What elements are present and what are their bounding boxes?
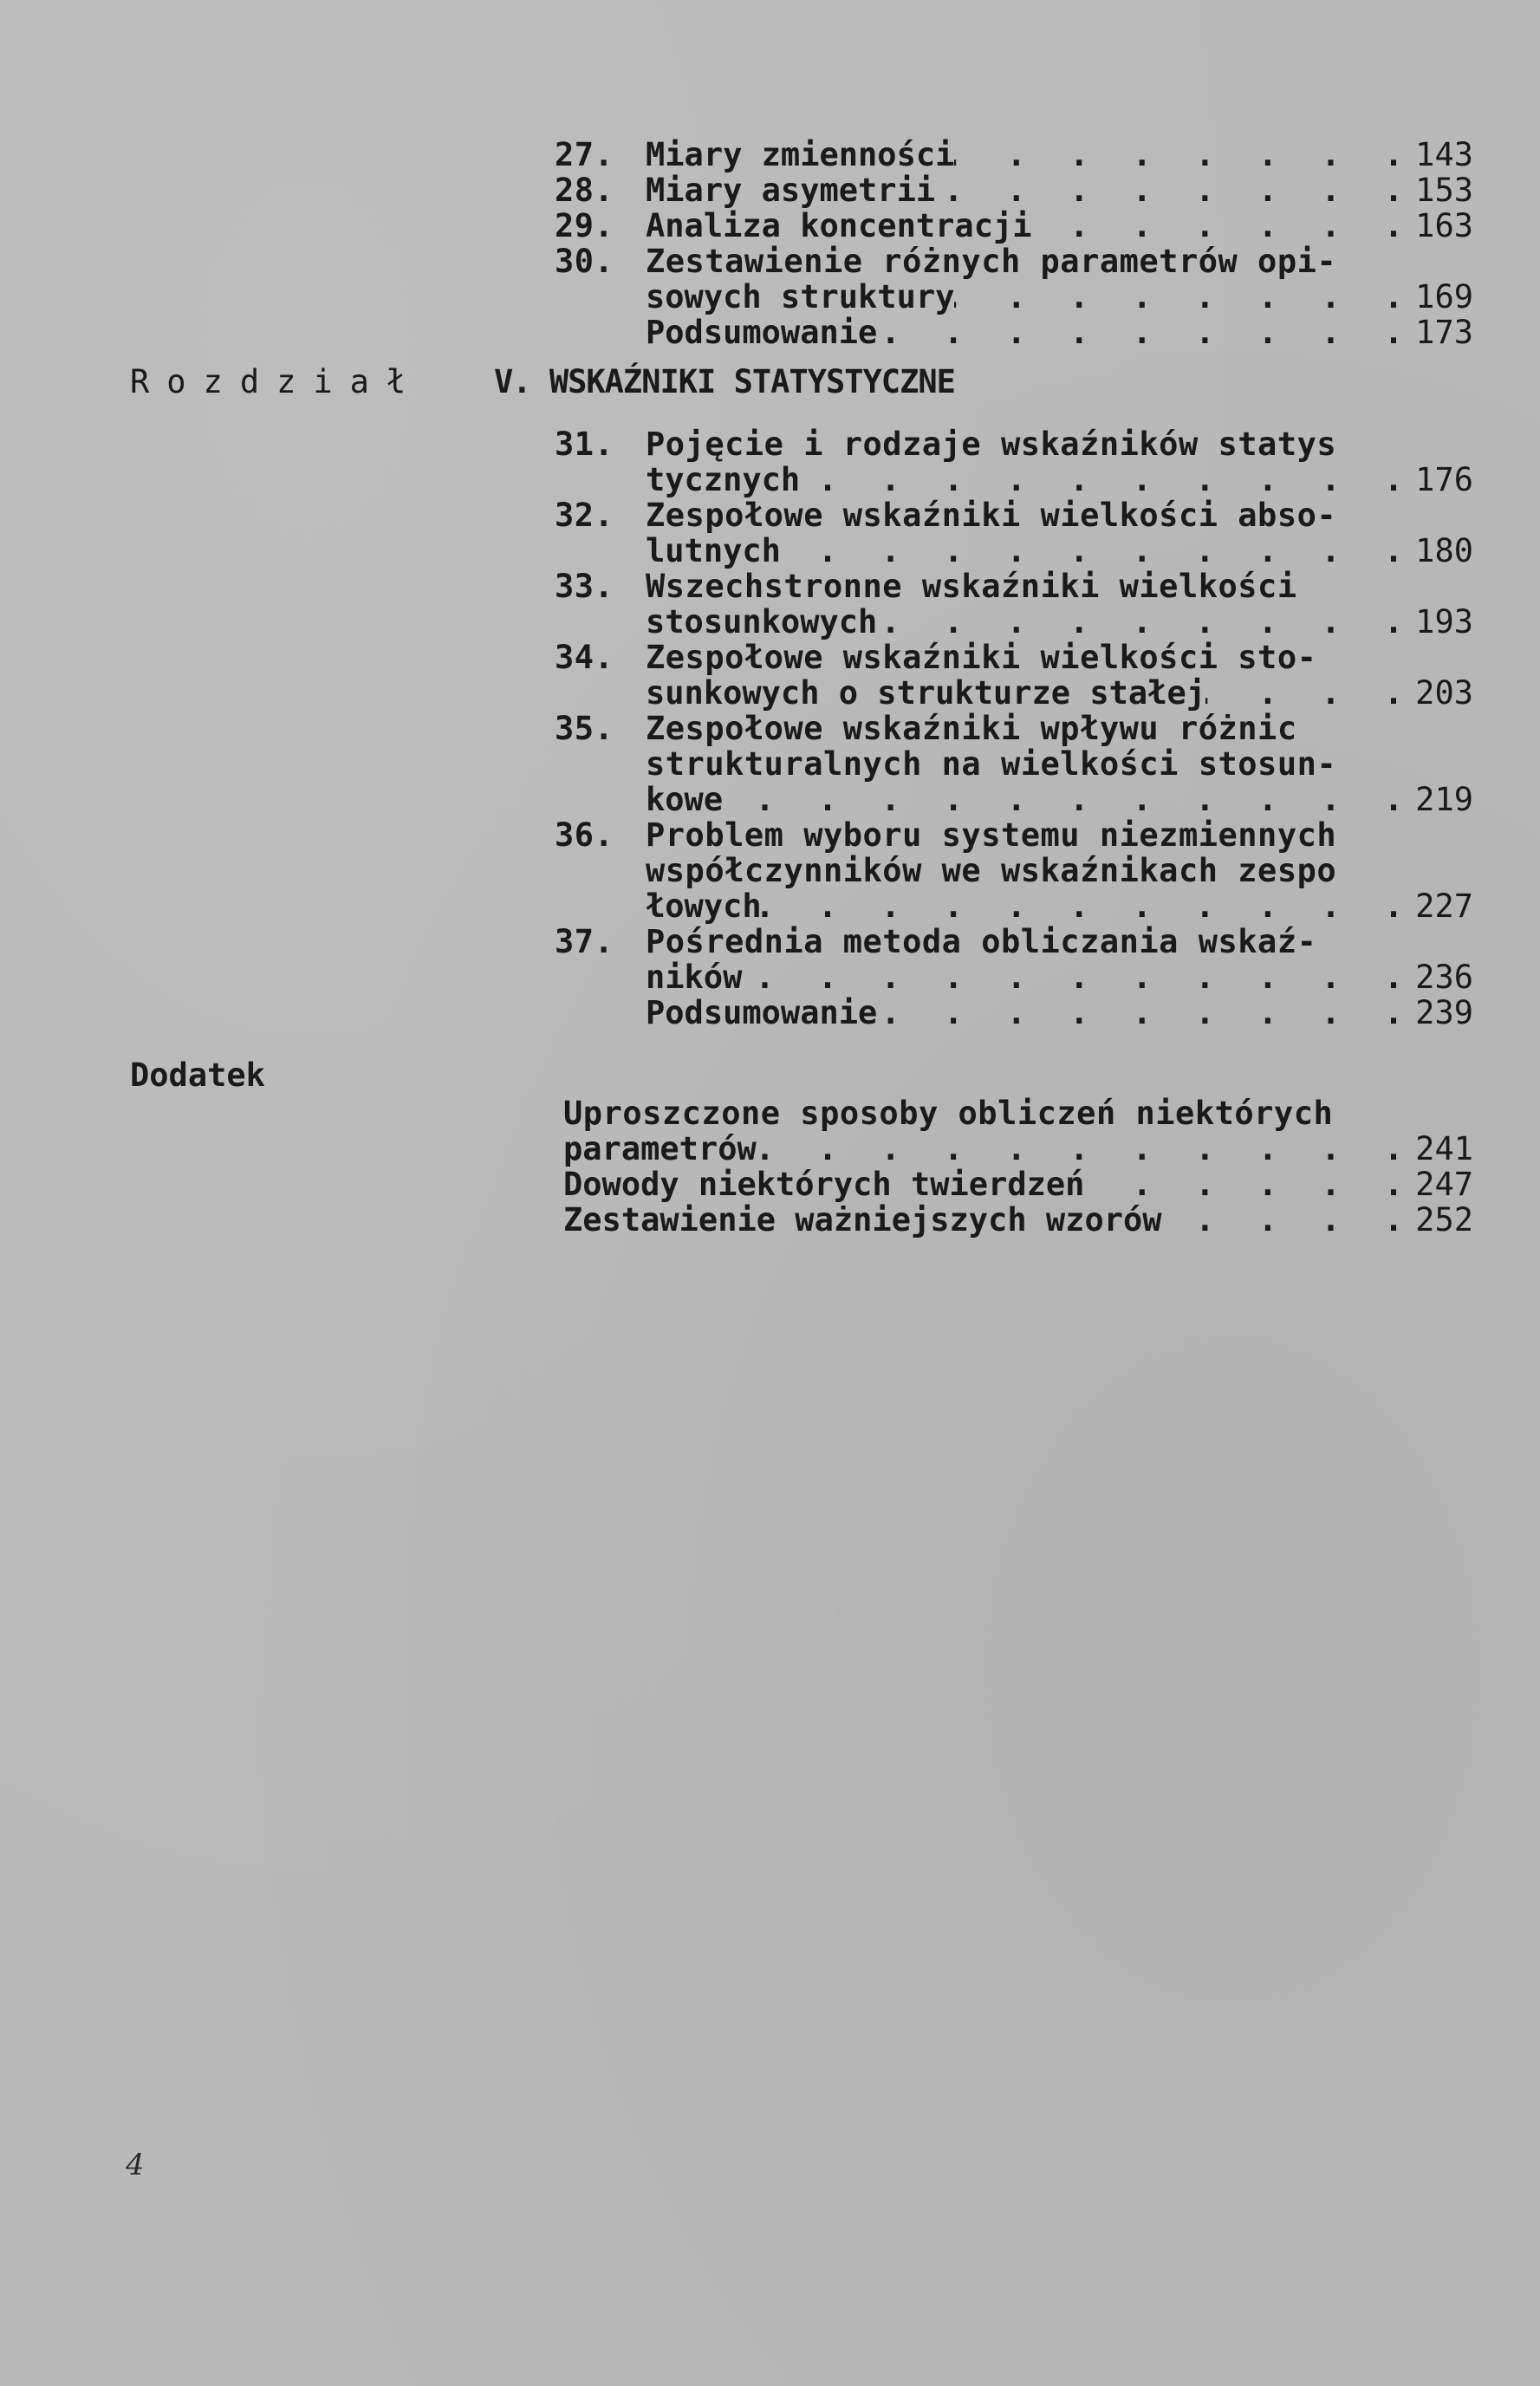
- entry-title: Miary zmienności: [646, 137, 954, 172]
- entry-page: 252: [1415, 1202, 1473, 1238]
- entry-page: 239: [1415, 995, 1473, 1030]
- dot-leader: . . . . . . . . . . . . . . . . . . . . …: [742, 959, 1415, 995]
- entry-title: kowe: [646, 782, 723, 817]
- entry-page: 236: [1415, 959, 1473, 995]
- appendix-entry-3[interactable]: Zestawienie ważniejszych wzorów . . . . …: [0, 1202, 1540, 1238]
- entry-title: sowych struktury: [646, 279, 954, 315]
- toc-entry-36-cont2[interactable]: łowych . . . . . . . . . . . . . . . . .…: [0, 888, 1540, 924]
- entry-page: 241: [1415, 1131, 1473, 1167]
- entry-title: łowych: [646, 888, 762, 924]
- entry-number: 35.: [555, 711, 614, 746]
- toc-entry-33-cont[interactable]: stosunkowych . . . . . . . . . . . . . .…: [0, 604, 1540, 640]
- entry-number: 33.: [555, 569, 614, 604]
- entry-title: stosunkowych: [646, 604, 877, 640]
- appendix-heading: Dodatek: [0, 1057, 1540, 1093]
- dot-leader: . . . . . . . . . . . . . . . . . . . . …: [877, 315, 1415, 350]
- entry-title: ników: [646, 959, 742, 995]
- entry-title: lutnych: [646, 533, 781, 569]
- toc-entry-32[interactable]: 32. Zespołowe wskaźniki wielkości abso-: [0, 497, 1540, 533]
- entry-number: 34.: [555, 640, 614, 675]
- entry-page: 203: [1415, 675, 1473, 711]
- toc-entry-30[interactable]: 30. Zestawienie różnych parametrów opi-: [0, 244, 1540, 279]
- entry-title: Podsumowanie: [646, 995, 877, 1030]
- chapter-heading: Rozdział V. WSKAŹNIKI STATYSTYCZNE: [0, 364, 1540, 400]
- toc-entry-37[interactable]: 37. Pośrednia metoda obliczania wskaź-: [0, 924, 1540, 959]
- entry-page: 169: [1415, 279, 1473, 315]
- page-number: 4: [126, 2148, 145, 2182]
- dot-leader: . . . . . . . . . . . . . . . . . . . . …: [723, 782, 1415, 817]
- appendix-entry-1-cont[interactable]: parametrów . . . . . . . . . . . . . . .…: [0, 1131, 1540, 1167]
- entry-number: 37.: [555, 924, 614, 959]
- toc-entry-34[interactable]: 34. Zespołowe wskaźniki wielkości sto-: [0, 640, 1540, 675]
- entry-title-line: Zespołowe wskaźniki wpływu różnic: [646, 711, 1297, 746]
- appendix-entry-1[interactable]: Uproszczone sposoby obliczeń niektórych: [0, 1095, 1540, 1131]
- dot-leader: . . . . . . . . . . . . . . . . . . . . …: [800, 462, 1415, 497]
- dot-leader: . . . . . . . . . . . . . . . . . . . . …: [935, 172, 1415, 208]
- entry-page: 247: [1415, 1167, 1473, 1202]
- dot-leader: . . . . . . . . . . . . . . . . . . . . …: [1032, 208, 1416, 244]
- toc-entry-35[interactable]: 35. Zespołowe wskaźniki wpływu różnic: [0, 711, 1540, 746]
- toc-entry-37-cont[interactable]: ników . . . . . . . . . . . . . . . . . …: [0, 959, 1540, 995]
- toc-entry-36-cont1[interactable]: współczynników we wskaźnikach zespo: [0, 853, 1540, 888]
- dot-leader: . . . . . . . . . . . . . . . . . . . . …: [1162, 1202, 1416, 1238]
- entry-number: 27.: [555, 137, 614, 172]
- entry-title-line: strukturalnych na wielkości stosun-: [646, 746, 1336, 782]
- dot-leader: . . . . . . . . . . . . . . . . . . . . …: [954, 279, 1415, 315]
- toc-entry-36[interactable]: 36. Problem wyboru systemu niezmiennych: [0, 817, 1540, 853]
- toc-entry-35-cont2[interactable]: kowe . . . . . . . . . . . . . . . . . .…: [0, 782, 1540, 817]
- dot-leader: . . . . . . . . . . . . . . . . . . . . …: [762, 888, 1416, 924]
- entry-title-line: Wszechstronne wskaźniki wielkości: [646, 569, 1297, 604]
- toc-entry-31[interactable]: 31. Pojęcie i rodzaje wskaźników statys: [0, 426, 1540, 462]
- entry-page: 173: [1415, 315, 1473, 350]
- entry-number: 28.: [555, 172, 614, 208]
- entry-title: parametrów: [563, 1131, 757, 1167]
- appendix-entry-2[interactable]: Dowody niektórych twierdzeń . . . . . . …: [0, 1167, 1540, 1202]
- dot-leader: . . . . . . . . . . . . . . . . . . . . …: [877, 995, 1415, 1030]
- entry-page: 163: [1415, 208, 1473, 244]
- appendix-label: Dodatek: [130, 1057, 265, 1093]
- chapter-title: V. WSKAŹNIKI STATYSTYCZNE: [494, 364, 955, 400]
- entry-page: 180: [1415, 533, 1473, 569]
- dot-leader: . . . . . . . . . . . . . . . . . . . . …: [1084, 1167, 1415, 1202]
- entry-number: 29.: [555, 208, 614, 244]
- entry-number: 32.: [555, 497, 614, 533]
- dot-leader: . . . . . . . . . . . . . . . . . . . . …: [954, 137, 1415, 172]
- entry-number: 31.: [555, 426, 614, 462]
- entry-title-line: Problem wyboru systemu niezmiennych: [646, 817, 1336, 853]
- entry-title-line: współczynników we wskaźnikach zespo: [646, 853, 1336, 888]
- dot-leader: . . . . . . . . . . . . . . . . . . . . …: [781, 533, 1415, 569]
- toc-entry-34-cont[interactable]: sunkowych o strukturze stałej . . . . . …: [0, 675, 1540, 711]
- entry-page: 153: [1415, 172, 1473, 208]
- entry-title: Analiza koncentracji: [646, 208, 1032, 244]
- entry-title: Zestawienie ważniejszych wzorów: [563, 1202, 1162, 1238]
- entry-page: 143: [1415, 137, 1473, 172]
- entry-title-line: Zestawienie różnych parametrów opi-: [646, 244, 1336, 279]
- entry-title: tycznych: [646, 462, 800, 497]
- toc-entry-summary-v[interactable]: Podsumowanie . . . . . . . . . . . . . .…: [0, 995, 1540, 1030]
- entry-title: Podsumowanie: [646, 315, 877, 350]
- chapter-label: Rozdział: [130, 364, 423, 400]
- toc-entry-32-cont[interactable]: lutnych . . . . . . . . . . . . . . . . …: [0, 533, 1540, 569]
- entry-title-line: Pośrednia metoda obliczania wskaź-: [646, 924, 1316, 959]
- entry-title-line: Uproszczone sposoby obliczeń niektórych: [563, 1095, 1333, 1131]
- entry-title-line: Zespołowe wskaźniki wielkości abso-: [646, 497, 1336, 533]
- entry-title: Miary asymetrii: [646, 172, 935, 208]
- entry-page: 227: [1415, 888, 1473, 924]
- entry-number: 30.: [555, 244, 614, 279]
- toc-entry-28[interactable]: 28. Miary asymetrii . . . . . . . . . . …: [0, 172, 1540, 208]
- toc-page: 27. Miary zmienności . . . . . . . . . .…: [0, 0, 1540, 2386]
- toc-entry-33[interactable]: 33. Wszechstronne wskaźniki wielkości: [0, 569, 1540, 604]
- dot-leader: . . . . . . . . . . . . . . . . . . . . …: [1205, 675, 1415, 711]
- toc-entry-30-cont[interactable]: sowych struktury . . . . . . . . . . . .…: [0, 279, 1540, 315]
- entry-page: 176: [1415, 462, 1473, 497]
- entry-title: Dowody niektórych twierdzeń: [563, 1167, 1084, 1202]
- dot-leader: . . . . . . . . . . . . . . . . . . . . …: [757, 1131, 1415, 1167]
- entry-page: 219: [1415, 782, 1473, 817]
- toc-entry-29[interactable]: 29. Analiza koncentracji . . . . . . . .…: [0, 208, 1540, 244]
- entry-title-line: Pojęcie i rodzaje wskaźników statys: [646, 426, 1336, 462]
- toc-entry-31-cont[interactable]: tycznych . . . . . . . . . . . . . . . .…: [0, 462, 1540, 497]
- entry-page: 193: [1415, 604, 1473, 640]
- toc-entry-27[interactable]: 27. Miary zmienności . . . . . . . . . .…: [0, 137, 1540, 172]
- dot-leader: . . . . . . . . . . . . . . . . . . . . …: [877, 604, 1415, 640]
- entry-title: sunkowych o strukturze stałej: [646, 675, 1205, 711]
- entry-title-line: Zespołowe wskaźniki wielkości sto-: [646, 640, 1316, 675]
- toc-entry-summary-iv[interactable]: Podsumowanie . . . . . . . . . . . . . .…: [0, 315, 1540, 350]
- toc-entry-35-cont1[interactable]: strukturalnych na wielkości stosun-: [0, 746, 1540, 782]
- entry-number: 36.: [555, 817, 614, 853]
